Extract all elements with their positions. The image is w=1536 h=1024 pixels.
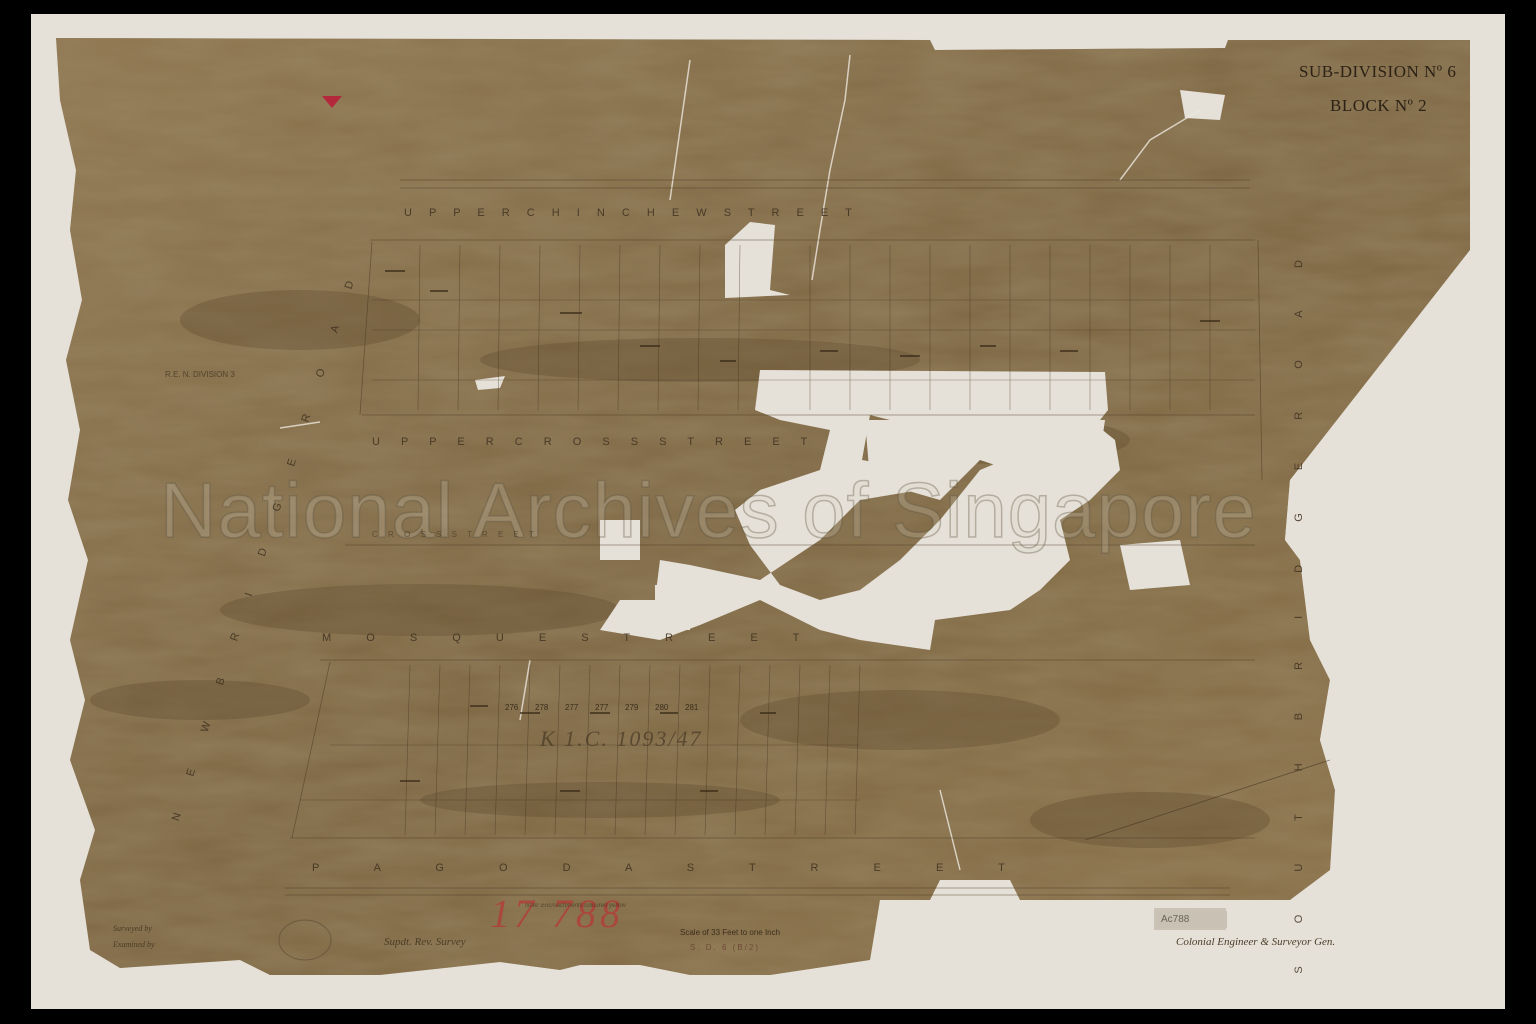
office-label: Colonial Engineer & Surveyor Gen. bbox=[1176, 936, 1335, 948]
left-division-label: R.E. N. DIVISION 3 bbox=[165, 370, 235, 379]
lot-number: 279 bbox=[625, 703, 638, 712]
lot-number: 277 bbox=[565, 703, 578, 712]
watermark: National Archives of Singapore bbox=[160, 465, 1257, 556]
lot-number: 281 bbox=[685, 703, 698, 712]
lot-number: 276 bbox=[505, 703, 518, 712]
encroachment-note: Note: Encroachments coloured yellow bbox=[525, 903, 626, 909]
lot-number: 280 bbox=[655, 703, 668, 712]
road-label-mosque-street: M O S Q U E S T R E E T bbox=[322, 632, 815, 644]
red-reference-number: 17 788 bbox=[490, 890, 624, 937]
surveyed-by-label: Surveyed by bbox=[113, 924, 152, 933]
road-label-upper-cross-street: U P P E R C R O S S S T R E E T bbox=[372, 436, 816, 448]
scale-sub-label: S. D. 6 (B/2) bbox=[690, 943, 760, 952]
road-label-cross-street-faint: C R O S S S T R E E T bbox=[372, 530, 538, 539]
road-label-south-bridge-road: S O U T H B R I D G E R O A D bbox=[1293, 240, 1305, 974]
handwritten-reference: K 1.C. 1093/47 bbox=[540, 726, 702, 752]
map-title-subdivision: SUB-DIVISION Nº 6 bbox=[1299, 62, 1456, 82]
lot-number: 278 bbox=[535, 703, 548, 712]
examined-by-label: Examined by bbox=[113, 940, 155, 949]
accession-label: Ac788 bbox=[1157, 911, 1227, 928]
lot-number: 277 bbox=[595, 703, 608, 712]
road-label-upper-chin-chew-street: U P P E R C H I N C H E W S T R E E T bbox=[404, 207, 859, 219]
map-title-block: BLOCK Nº 2 bbox=[1330, 96, 1427, 116]
road-label-pagoda-street: P A G O D A S T R E E T bbox=[312, 862, 1031, 874]
superintendent-signature: Supdt. Rev. Survey bbox=[384, 936, 466, 948]
scale-note: Scale of 33 Feet to one Inch bbox=[680, 928, 780, 937]
